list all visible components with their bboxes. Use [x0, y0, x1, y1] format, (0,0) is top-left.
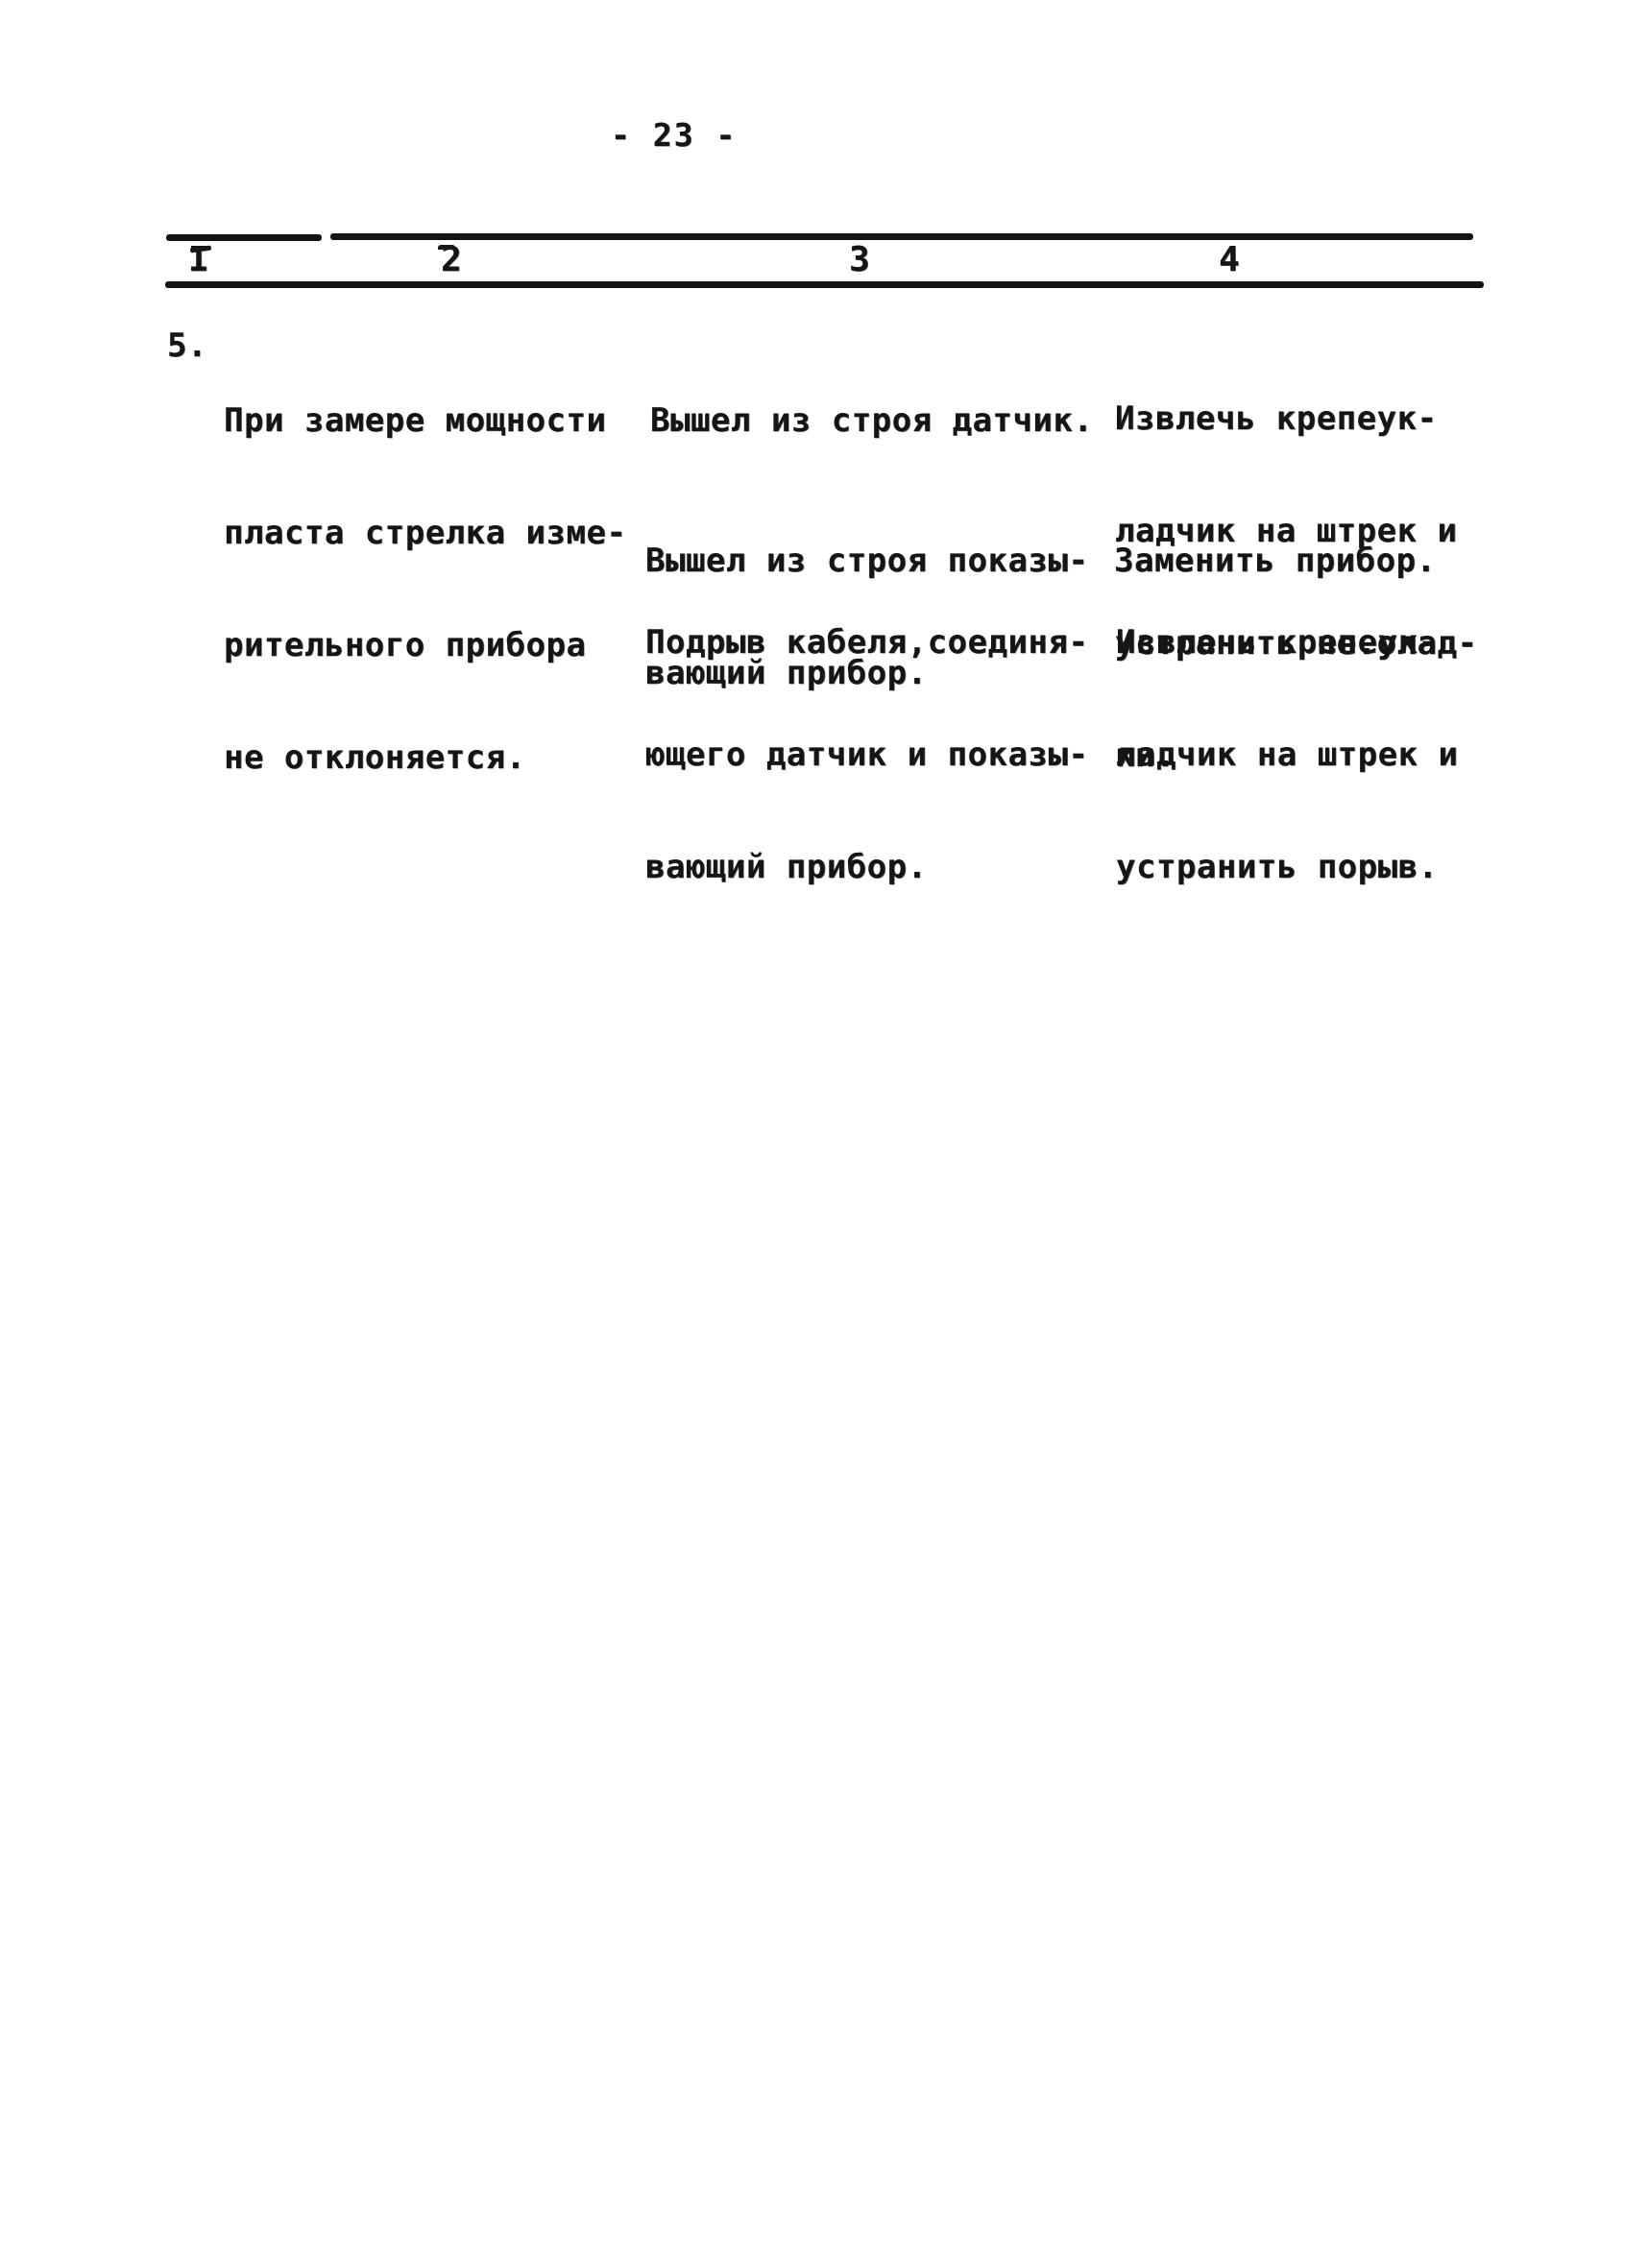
column-header-4: 4 — [1219, 243, 1240, 277]
scanned-document-page: - 23 - I 2 3 4 5. При замере мощности пл… — [0, 0, 1648, 2268]
text-line: ладчик на штрек и — [1116, 736, 1459, 774]
text-line: вающий прибор. — [645, 849, 1088, 886]
symptom-cell: При замере мощности пласта стрелка изме-… — [224, 327, 626, 852]
text-line: При замере мощности — [224, 402, 626, 440]
table-top-rule-right-segment — [330, 233, 1473, 240]
ink-speck — [438, 245, 455, 250]
text-line: не отклоняется. — [224, 739, 626, 777]
page-number: - 23 - — [611, 116, 737, 154]
text-line: ющего датчик и показы- — [645, 736, 1088, 774]
text-line: Извлечь крепеук- — [1116, 624, 1459, 662]
cause-cell: Подрыв кабеля,соединя- ющего датчик и по… — [645, 549, 1088, 961]
text-line: Подрыв кабеля,соединя- — [645, 624, 1088, 662]
text-line: пласта стрелка изме- — [224, 515, 626, 552]
text-line: устранить порыв. — [1116, 849, 1459, 886]
text-line: рительного прибора — [224, 627, 626, 664]
text-line: Извлечь крепеук- — [1115, 400, 1477, 438]
remedy-cell: Извлечь крепеук- ладчик на штрек и устра… — [1116, 549, 1459, 961]
row-number: 5. — [167, 327, 207, 365]
text-line: Вышел из строя датчик. — [650, 402, 1093, 440]
table-header-bottom-rule — [165, 281, 1484, 288]
column-header-3: 3 — [849, 243, 870, 277]
